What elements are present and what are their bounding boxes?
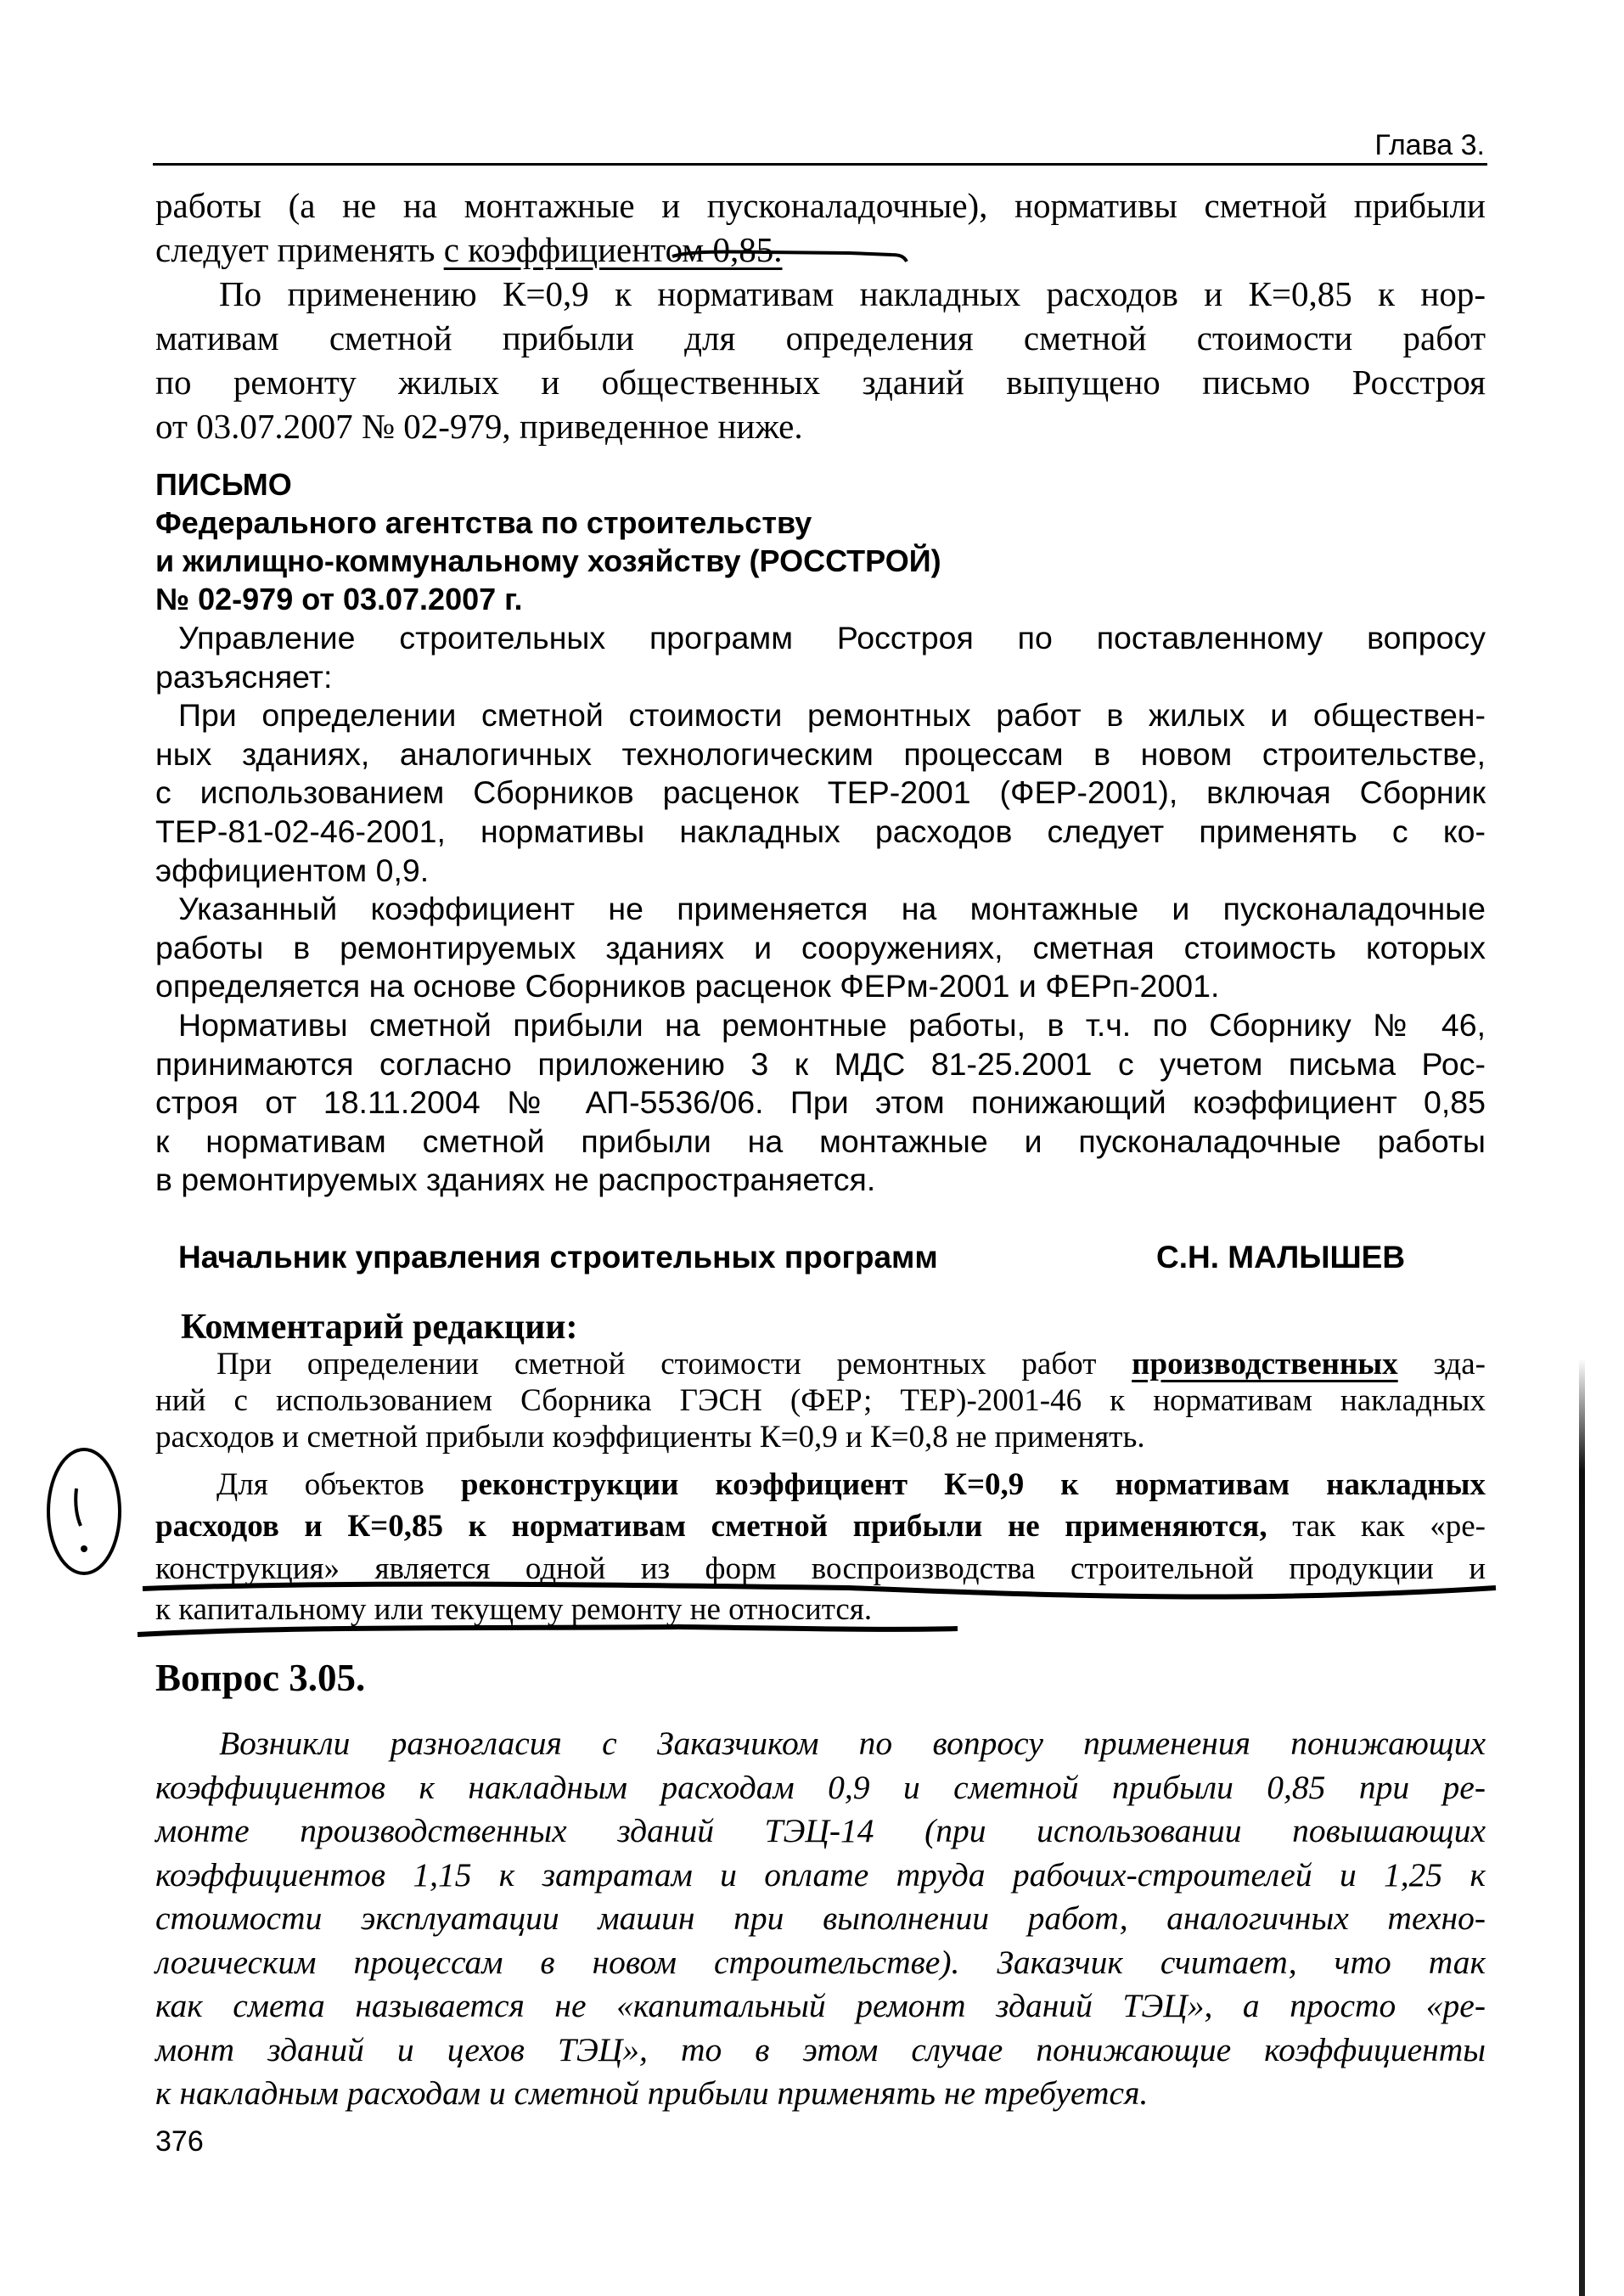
question-line: логическим процессам в новом строительст… xyxy=(155,1943,1486,1982)
question-line: стоимости эксплуатации машин при выполне… xyxy=(155,1899,1486,1938)
exclamation-circle-icon xyxy=(48,1449,120,1573)
question-heading: Вопрос 3.05. xyxy=(155,1656,365,1700)
handwritten-underline xyxy=(672,252,907,262)
question-line: коэффициентов 1,15 к затратам и оплате т… xyxy=(155,1855,1486,1894)
exclamation-stroke xyxy=(76,1488,81,1526)
question-line: монт зданий и цехов ТЭЦ», то в этом случ… xyxy=(155,2030,1486,2069)
question-line: монте производственных зданий ТЭЦ-14 (пр… xyxy=(155,1811,1486,1850)
exclamation-dot xyxy=(81,1545,87,1552)
question-line: коэффициентов к накладным расходам 0,9 и… xyxy=(155,1768,1486,1807)
page-number: 376 xyxy=(155,2125,204,2158)
scan-edge-artifact xyxy=(1579,1359,1585,2296)
question-line: Возникли разногласия с Заказчиком по воп… xyxy=(219,1724,1486,1763)
handwritten-underline xyxy=(143,1584,1496,1597)
handwritten-underline xyxy=(138,1627,958,1635)
question-line: к накладным расходам и сметной прибыли п… xyxy=(155,2074,1486,2113)
question-line: как смета называется не «капитальный рем… xyxy=(155,1986,1486,2025)
